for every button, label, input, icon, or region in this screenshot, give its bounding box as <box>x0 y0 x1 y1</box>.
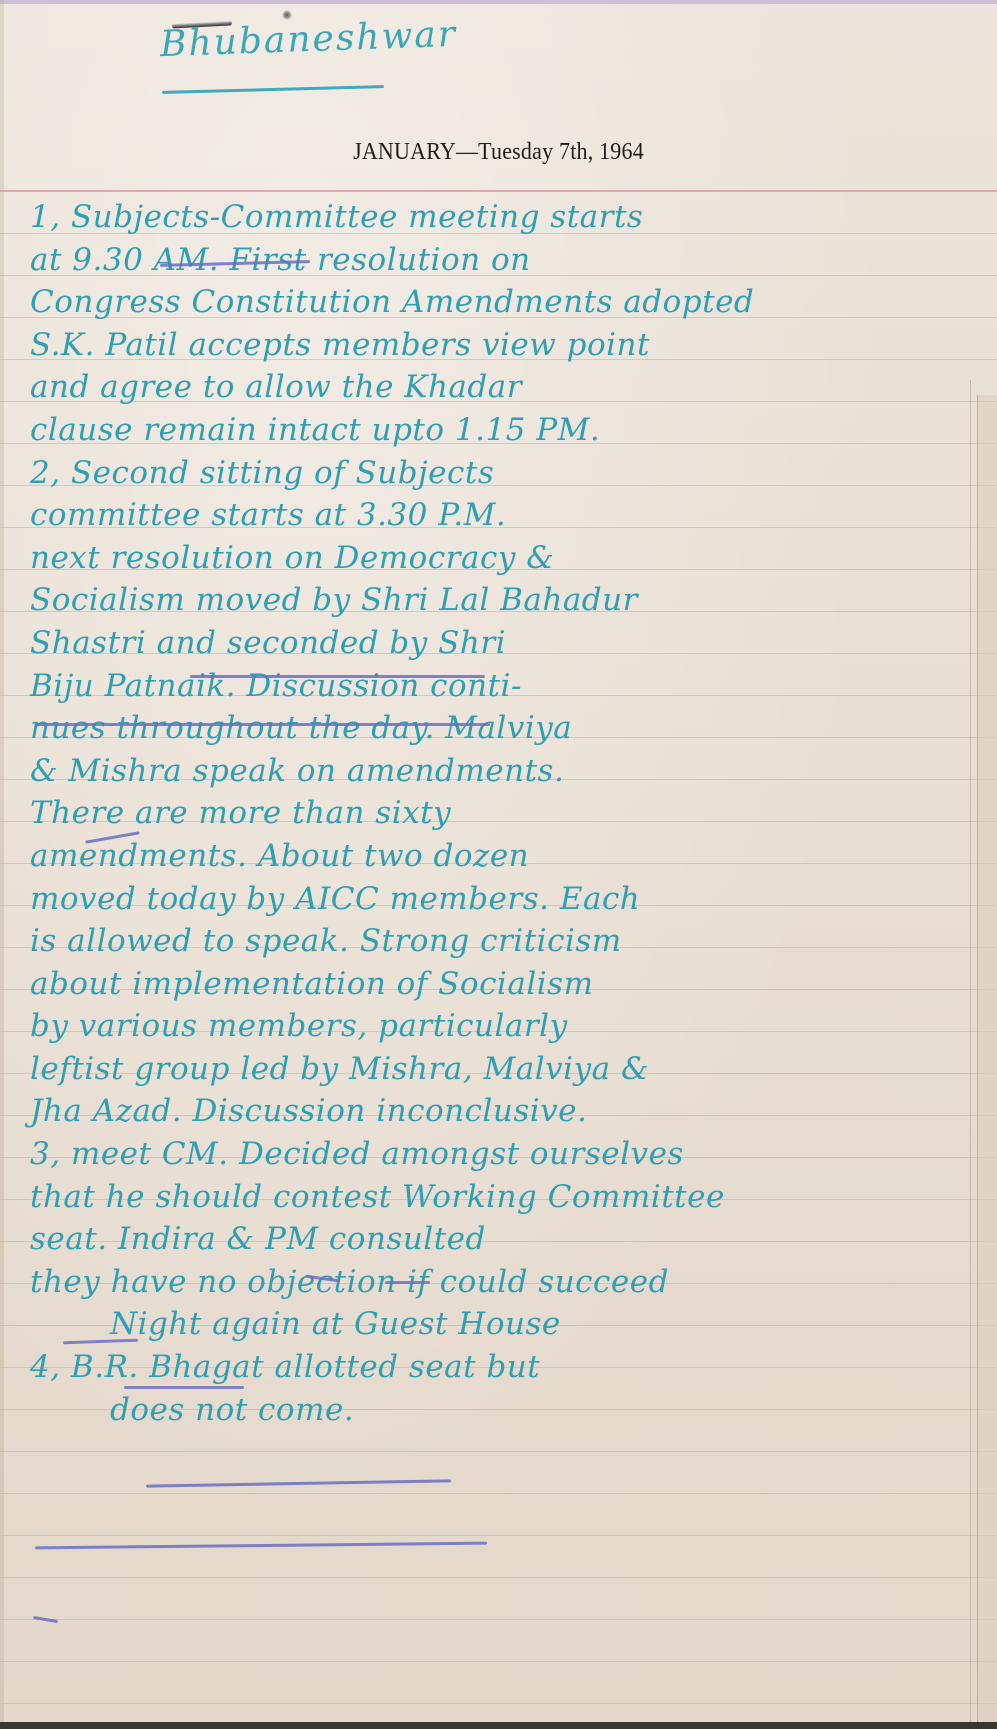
entry-line: amendments. About two dozen <box>30 835 980 878</box>
diary-page: Bhubaneshwar JANUARY—Tuesday 7th, 1964 1… <box>0 0 997 1729</box>
date-header: JANUARY—Tuesday 7th, 1964 <box>0 138 997 164</box>
page-bottom-edge <box>0 1722 997 1729</box>
entry-line: Socialism moved by Shri Lal Bahadur <box>30 579 980 622</box>
underline-democracy <box>190 675 485 678</box>
staple-hole-icon <box>282 10 292 20</box>
entry-line: 3, meet CM. Decided amongst ourselves <box>30 1133 980 1176</box>
entry-line: does not come. <box>30 1389 980 1432</box>
entry-line: moved today by AICC members. Each <box>30 878 980 921</box>
next-page-edge <box>977 395 997 1729</box>
entry-line: about implementation of Socialism <box>30 963 980 1006</box>
entry-line: next resolution on Democracy & <box>30 537 980 580</box>
entry-line: Shastri and seconded by Shri <box>30 622 980 665</box>
underline-cm-decided <box>124 1386 244 1389</box>
entry-line: they have no objection if could succeed <box>30 1261 980 1304</box>
entry-line: There are more than sixty <box>30 792 980 835</box>
entry-line: at 9.30 AM. First resolution on <box>30 239 980 282</box>
entry-line: nues throughout the day. Malviya <box>30 707 980 750</box>
underline-socialism <box>35 723 490 726</box>
entry-line: 1, Subjects-Committee meeting starts <box>30 196 980 239</box>
entry-line: is allowed to speak. Strong criticism <box>30 920 980 963</box>
entry-line: & Mishra speak on amendments. <box>30 750 980 793</box>
diary-entry: 1, Subjects-Committee meeting starts at … <box>30 196 980 1431</box>
entry-line: S.K. Patil accepts members view point <box>30 324 980 367</box>
entry-line: and agree to allow the Khadar <box>30 366 980 409</box>
place-heading: Bhubaneshwar <box>159 16 400 65</box>
entry-line: clause remain intact upto 1.15 PM. <box>30 409 980 452</box>
entry-line: Jha Azad. Discussion inconclusive. <box>30 1090 980 1133</box>
entry-line: by various members, particularly <box>30 1005 980 1048</box>
entry-line: Congress Constitution Amendments adopted <box>30 281 980 324</box>
entry-line: 4, B.R. Bhagat allotted seat but <box>30 1346 980 1389</box>
entry-line: committee starts at 3.30 P.M. <box>30 494 980 537</box>
underline-malviya <box>385 1281 430 1284</box>
entry-line: leftist group led by Mishra, Malviya & <box>30 1048 980 1091</box>
entry-line: Night again at Guest House <box>30 1303 980 1346</box>
date-header-text: JANUARY—Tuesday 7th, 1964 <box>353 136 644 165</box>
entry-line: Biju Patnaik. Discussion conti- <box>30 665 980 708</box>
place-heading-underline <box>162 85 384 94</box>
entry-line: 2, Second sitting of Subjects <box>30 452 980 495</box>
page-top-edge <box>0 0 997 4</box>
entry-line: seat. Indira & PM consulted <box>30 1218 980 1261</box>
entry-line: that he should contest Working Committee <box>30 1176 980 1219</box>
